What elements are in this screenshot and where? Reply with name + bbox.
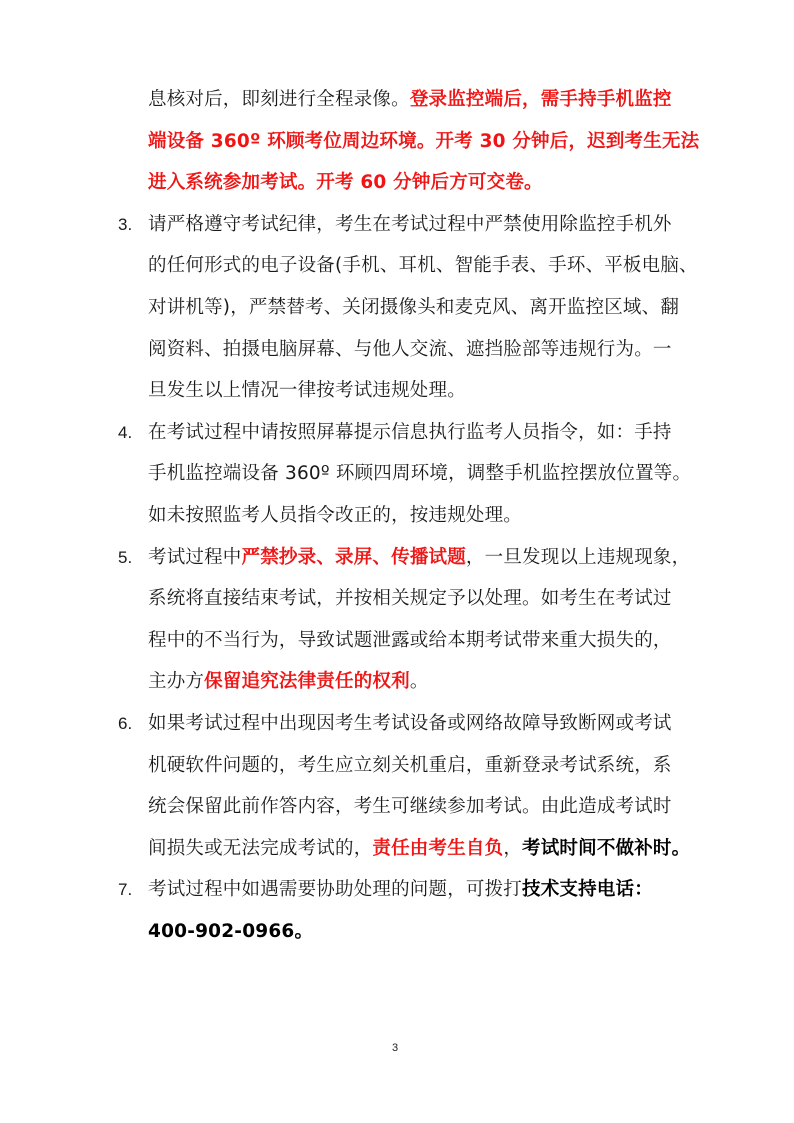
text-line: 统会保留此前作答内容，考生可继续参加考试。由此造成考试时 <box>148 795 678 819</box>
text-line: 400-902-0966。 <box>148 920 678 944</box>
text-line: 考试过程中如遇需要协助处理的问题，可拨打技术支持电话： <box>148 878 678 902</box>
body-text: 系统将直接结束考试，并按相关规定予以处理。如考生在考试过 <box>148 588 672 609</box>
emphasis-red-text: 严禁抄录、录屏、传播试题 <box>242 547 466 568</box>
text-line: 间损失或无法完成考试的，责任由考生自负，考试时间不做补时。 <box>148 837 678 861</box>
emphasis-red-text: 进入系统参加考试。开考 60 分钟后方可交卷。 <box>148 172 543 193</box>
text-line: 系统将直接结束考试，并按相关规定予以处理。如考生在考试过 <box>148 587 678 611</box>
body-text: 主办方 <box>148 671 204 692</box>
text-line: 进入系统参加考试。开考 60 分钟后方可交卷。 <box>148 171 678 195</box>
body-text: 的任何形式的电子设备(手机、耳机、智能手表、手环、平板电脑、 <box>148 255 698 276</box>
body-text: ，一旦发现以上违规现象， <box>466 547 690 568</box>
text-line: 在考试过程中请按照屏幕提示信息执行监考人员指令，如：手持 <box>148 421 678 445</box>
text-line: 如未按照监考人员指令改正的，按违规处理。 <box>148 504 678 528</box>
text-line: 阅资料、拍摄电脑屏幕、与他人交流、遮挡脸部等违规行为。一 <box>148 338 678 362</box>
body-text: 如未按照监考人员指令改正的，按违规处理。 <box>148 505 522 526</box>
text-line: 主办方保留追究法律责任的权利。 <box>148 670 678 694</box>
text-line: 的任何形式的电子设备(手机、耳机、智能手表、手环、平板电脑、 <box>148 254 678 278</box>
body-text: 考试过程中如遇需要协助处理的问题，可拨打 <box>148 879 522 900</box>
list-item-number: 3. <box>118 213 144 237</box>
emphasis-red-text: 保留追究法律责任的权利 <box>204 671 410 692</box>
body-text: 。 <box>410 671 429 692</box>
emphasis-bold-text: 400-902-0966。 <box>148 921 313 942</box>
body-text: 旦发生以上情况一律按考试违规处理。 <box>148 380 466 401</box>
body-text: 息核对后，即刻进行全程录像。 <box>148 89 410 110</box>
text-line: 程中的不当行为，导致试题泄露或给本期考试带来重大损失的， <box>148 629 678 653</box>
list-item-number: 7. <box>118 878 144 902</box>
emphasis-red-text: 端设备 360º 环顾考位周边环境。开考 30 分钟后，迟到考生无法 <box>148 131 699 152</box>
document-page: 息核对后，即刻进行全程录像。登录监控端后，需手持手机监控端设备 360º 环顾考… <box>0 0 794 1123</box>
text-line: 端设备 360º 环顾考位周边环境。开考 30 分钟后，迟到考生无法 <box>148 130 678 154</box>
body-text: ， <box>503 838 522 859</box>
emphasis-red-text: 登录监控端后，需手持手机监控 <box>410 89 672 110</box>
body-text: 机硬软件问题的，考生应立刻关机重启，重新登录考试系统，系 <box>148 755 672 776</box>
page-number: 3 <box>392 1042 398 1054</box>
text-line: 旦发生以上情况一律按考试违规处理。 <box>148 379 678 403</box>
body-text: 手机监控端设备 360º 环顾四周环境，调整手机监控摆放位置等。 <box>148 463 691 484</box>
list-item-number: 6. <box>118 712 144 736</box>
body-text: 阅资料、拍摄电脑屏幕、与他人交流、遮挡脸部等违规行为。一 <box>148 339 672 360</box>
text-line: 息核对后，即刻进行全程录像。登录监控端后，需手持手机监控 <box>148 88 678 112</box>
emphasis-bold-text: 考试时间不做补时。 <box>522 838 690 859</box>
body-text: 间损失或无法完成考试的， <box>148 838 372 859</box>
text-line: 如果考试过程中出现因考生考试设备或网络故障导致断网或考试 <box>148 712 678 736</box>
list-item-number: 4. <box>118 421 144 445</box>
text-line: 对讲机等)，严禁替考、关闭摄像头和麦克风、离开监控区域、翻 <box>148 296 678 320</box>
body-text: 程中的不当行为，导致试题泄露或给本期考试带来重大损失的， <box>148 630 672 651</box>
body-text: 统会保留此前作答内容，考生可继续参加考试。由此造成考试时 <box>148 796 672 817</box>
body-text: 对讲机等)，严禁替考、关闭摄像头和麦克风、离开监控区域、翻 <box>148 297 679 318</box>
text-line: 请严格遵守考试纪律，考生在考试过程中严禁使用除监控手机外 <box>148 213 678 237</box>
body-text: 如果考试过程中出现因考生考试设备或网络故障导致断网或考试 <box>148 713 672 734</box>
list-item-number: 5. <box>118 546 144 570</box>
text-line: 手机监控端设备 360º 环顾四周环境，调整手机监控摆放位置等。 <box>148 462 678 486</box>
body-text: 在考试过程中请按照屏幕提示信息执行监考人员指令，如：手持 <box>148 422 672 443</box>
emphasis-red-text: 责任由考生自负 <box>372 838 503 859</box>
body-text: 考试过程中 <box>148 547 242 568</box>
text-line: 考试过程中严禁抄录、录屏、传播试题，一旦发现以上违规现象， <box>148 546 678 570</box>
text-line: 机硬软件问题的，考生应立刻关机重启，重新登录考试系统，系 <box>148 754 678 778</box>
emphasis-bold-text: 技术支持电话： <box>522 879 653 900</box>
body-text: 请严格遵守考试纪律，考生在考试过程中严禁使用除监控手机外 <box>148 214 672 235</box>
